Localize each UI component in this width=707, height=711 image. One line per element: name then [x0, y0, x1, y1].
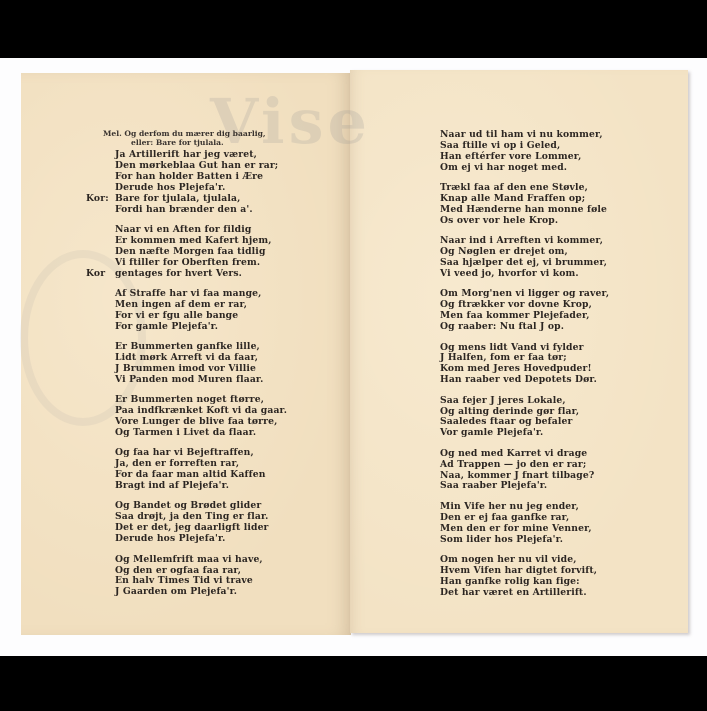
bottom-black-bar — [0, 656, 707, 711]
chorus-line: Korgentages for hvert Vers. — [86, 269, 287, 280]
melody-note: Mel. Og derfom du mærer dig baarlig, ell… — [103, 129, 266, 147]
verse-line: Vi veed jo, hvorfor vi kom. — [440, 269, 609, 280]
chorus-text: gentages for hvert Vers. — [115, 268, 242, 279]
chorus-label: Kor: — [86, 194, 115, 205]
verse-line: Men den er for mine Venner, — [440, 524, 609, 535]
chorus-text: Fordi han brænder den a'. — [115, 204, 253, 215]
verse-line: Saa raaber Plejefa'r. — [440, 481, 609, 492]
stanza: Og Mellemfrift maa vi have,Og den er ogf… — [115, 555, 287, 599]
stanza: Om Morg'nen vi ligger og raver,Og ftrækk… — [440, 289, 609, 333]
verse-line: Os over vor hele Krop. — [440, 216, 609, 227]
stanza: Og Bandet og Brødet gliderSaa drøjt, ja … — [115, 501, 287, 545]
stanza: Trækl faa af den ene Støvle,Knap alle Ma… — [440, 183, 609, 227]
stanza: Min Vife her nu jeg ender,Den er ej faa … — [440, 502, 609, 546]
chorus-line: Fordi han brænder den a'. — [86, 205, 287, 216]
stanza: Er Bummerten ganfke lille,Lidt mørk Arre… — [115, 342, 287, 386]
verse-line: Det har været en Artillerift. — [440, 588, 609, 599]
verse-line: Og Tarmen i Livet da flaar. — [115, 428, 287, 439]
stanza: Af Straffe har vi faa mange,Men ingen af… — [115, 289, 287, 333]
chorus-text: Bare for tjulala, tjulala, — [115, 193, 241, 204]
stanza: Og mens lidt Vand vi fylderJ Halfen, fom… — [440, 343, 609, 387]
verse-line: Om ej vi har noget med. — [440, 163, 609, 174]
verse-line: Saa fejer J jeres Lokale, — [440, 396, 609, 407]
stanza: Naar vi en Aften for fildigEr kommen med… — [115, 225, 287, 280]
verse-line: Og Mellemfrift maa vi have, — [115, 555, 287, 566]
verse-line: Vi Panden mod Muren flaar. — [115, 375, 287, 386]
verse-line: Som lider hos Plejefa'r. — [440, 535, 609, 546]
verse-line: J Gaarden om Plejefa'r. — [115, 587, 287, 598]
verse-line: Derude hos Plejefa'r. — [115, 534, 287, 545]
verse-line: Og raaber: Nu ftal J op. — [440, 322, 609, 333]
stanza: Naar ind i Arreften vi kommer,Og Nøglen … — [440, 236, 609, 280]
melody-line-2: eller: Bare for tjulala. — [103, 138, 224, 147]
left-page-verses: Ja Artillerift har jeg været,Den mørkebl… — [115, 150, 287, 598]
stanza: Og faa har vi Bejeftraffen,Ja, den er fo… — [115, 448, 287, 492]
verse-line: Han raaber ved Depotets Dør. — [440, 375, 609, 386]
stanza: Er Bummerten noget ftørre,Paa indfkrænke… — [115, 395, 287, 439]
verse-line: Ad Trappen — jo den er rar; — [440, 460, 609, 471]
stanza: Naar ud til ham vi nu kommer,Saa ftille … — [440, 130, 609, 174]
verse-line: Vor gamle Plejefa'r. — [440, 428, 609, 439]
verse-line: For gamle Plejefa'r. — [115, 322, 287, 333]
top-black-bar — [0, 0, 707, 58]
melody-line-1: Mel. Og derfom du mærer dig baarlig, — [103, 129, 266, 138]
chorus-label: Kor — [86, 269, 115, 280]
stanza: Og ned med Karret vi drageAd Trappen — j… — [440, 449, 609, 493]
stanza: Ja Artillerift har jeg været,Den mørkebl… — [115, 150, 287, 215]
verse-line: Bragt ind af Plejefa'r. — [115, 481, 287, 492]
stanza: Om nogen her nu vil vide,Hvem Vifen har … — [440, 555, 609, 599]
right-page-verses: Naar ud til ham vi nu kommer,Saa ftille … — [440, 130, 609, 599]
stanza: Saa fejer J jeres Lokale,Og alting derin… — [440, 396, 609, 440]
